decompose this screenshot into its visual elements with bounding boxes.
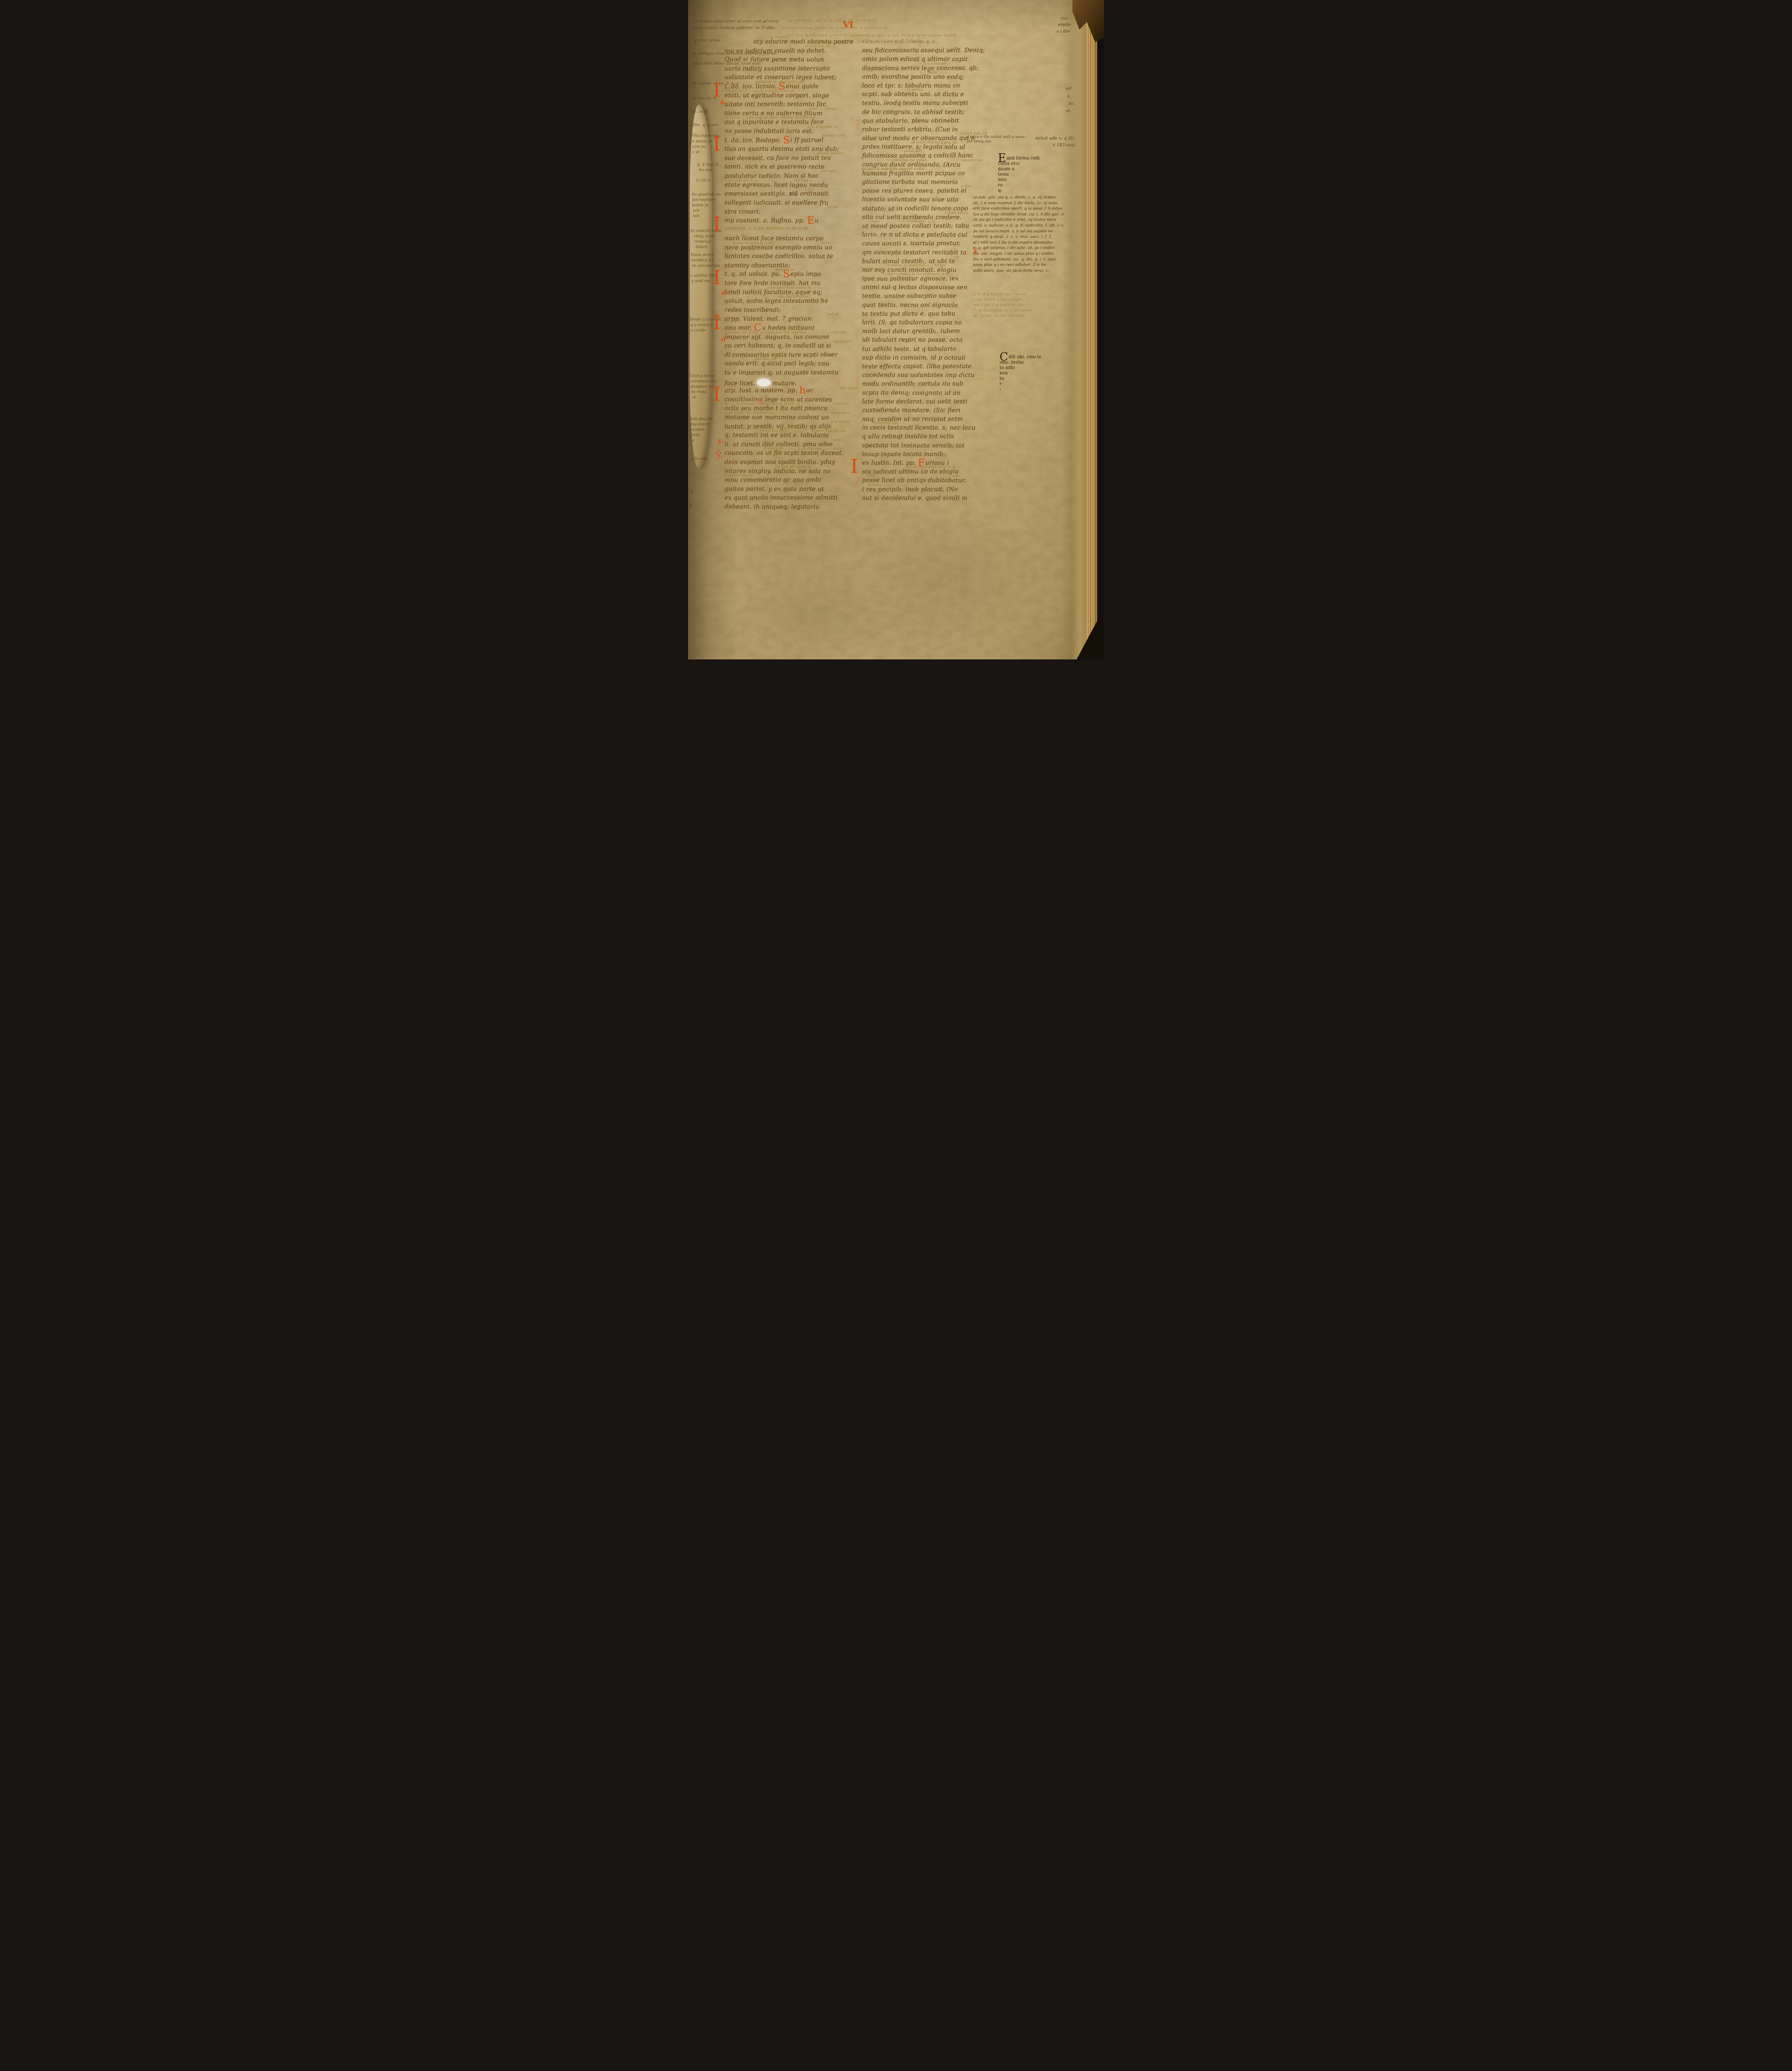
text-run: tui adhibi teste. ut q tabulario [862,345,956,352]
text-run: llis. uic. exiget. i sic uaius plus q i … [973,251,1053,256]
interlinear-gloss: t tiui. [805,188,815,191]
text-run: scpta ita deniq; cosignata ut an [862,389,961,396]
text-line: teste effectu capiat. (liba potestate [862,364,986,373]
text-line: It. q. ad uoluis. pu. Sepiu impadiuiolos… [725,271,854,280]
text-line: nere postremas exemplo omniu uotestes ex… [725,244,854,253]
interlinear-gloss: sub. hac faleulmer. [778,295,811,299]
margin-note-forma: Eand forma codicillox erciquam utestamto… [998,156,1040,193]
text-run: custodienda mandare. (Sic fieri [862,407,961,414]
text-line: siu iudicati ultimu co de elogiusic. qb;… [862,469,986,478]
text-run: ipse suu psiteatur agnosce. iex [862,275,959,282]
interlinear-gloss: p serie. sua sic auu [811,429,846,433]
margin-note-line: q a iestar li [691,323,713,328]
text-line: de bic congruis. ta abhisd testib; [862,109,986,118]
interlinear-gloss: s. i. ordinate. [924,62,948,65]
text-run: mutare. [770,380,797,386]
margin-note-line: Ceol p incup [690,374,715,379]
text-run: testiu. ieodq testiu manu subscpti [862,100,968,107]
text-line: mnu comemoratio qc qua ambicutricem iuta… [725,477,854,486]
text-run: uoluit. scdm leges intestamito he [725,298,828,305]
text-run: omib; exordine positis uno eodq; [862,73,964,80]
interlinear-gloss: s. t. sehns. f: — qui. b. e pas. t. s li… [725,89,794,93]
rubric-initial: I [850,459,858,474]
text-line: Quod si future pene metu uolun [725,57,854,66]
text-run: 7. si deuiceius. ta 7 alu posse [973,308,1031,313]
text-line: i rex pncipib; inob placuit. (Nofuriosis… [862,486,986,495]
interlinear-gloss: r qcde puray [945,211,968,215]
margin-note-line: uaro cistaru hedione auferret. de ff ulb… [694,26,775,31]
interlinear-gloss: qui iubes soc ff drt. u. q que ust. ii s… [725,331,807,335]
interlinear-gloss: s ui uictas [831,420,850,424]
text-line: loco et tpr. s; tabularu manu co [862,83,986,92]
interlinear-gloss: honul. s. [821,241,836,245]
text-run: spectata tot insinuata sensib; tot [862,442,965,449]
text-run: ac [806,387,813,394]
text-run: ex quot unciis insuccessione admitti [725,495,838,502]
text-line: etate egressus. licet iugou necduan. uet… [725,182,854,191]
text-run: insup inputo locata manib;. [862,451,947,458]
margin-note-line: m [692,395,696,400]
text-run: cillox erci [998,161,1019,166]
rubric-initial: I [713,136,720,152]
interlinear-gloss: possunt mo [961,159,982,162]
text-run: rii oia qz i codicillis n erut. vij test… [973,217,1056,222]
interlinear-gloss: d mutari n. se; [805,44,831,48]
text-run: pe tal locuco repit. s. ii ad oia supdoi… [973,229,1053,234]
text-line: causa uocati s. icartula pmetur. [862,241,986,250]
text-line: di comissarius eptis iure scpti obser [725,352,854,361]
text-line: aut si decidendui e. quod simili m [862,495,986,504]
text-run: sarij. s; suficiet. v. ii. q. 8. codicil… [973,223,1064,228]
text-line: silbz ut ty co st ff 7 Pauly; q. q... [862,39,986,48]
margin-note-line: e st [692,150,699,155]
margin-note-line: mto [998,177,1040,183]
margin-note-line: cillox erci [998,161,1040,167]
margin-note-line: pol nepture [692,198,715,203]
text-run: i ff patruel [790,137,824,143]
text-column-2: silbz ut ty co st ff 7 Pauly; q. q...seu… [862,39,986,504]
text-run: couocato. os ut fin scpti testm doceat. [725,450,843,457]
text-run: moib loci datur qrentib;. iubem [862,328,960,335]
text-run: larii. (S; qa tabulariorz copia no [862,319,962,326]
interlinear-gloss: testes ex ueics te q sto. [733,241,775,245]
margin-note-line: ha suu [699,168,712,173]
interlinear-gloss: ttiui. [809,107,818,111]
text-line: testiu. ieodq testiu manu subscpti [862,100,986,109]
text-line: larii. (S; qa tabulariorz copia no [862,320,986,329]
margin-note-line: q; [998,188,1040,193]
margin-note-line: ij. d legi. b. [697,162,720,167]
rubric-initial: h [799,384,806,396]
text-run: erit face codicillos oport; q ie ueiat 2… [973,206,1063,211]
text-line: uandu erit. q sicut psci legib; cauide i… [725,361,854,370]
interlinear-gloss: ul uiocare. [770,36,789,39]
text-run: no posse indubitati iuris est. [725,128,814,135]
interlinear-gloss: ide inpa. io. [756,357,776,361]
rubric-initial: I [713,315,720,331]
text-run: modu ordinantib; cartula ita sub [862,381,964,388]
margin-gloss-faint: s; h ut q tabularius ? puteti uiio testi… [973,292,1048,319]
text-line: cu ceri habeant; q, in codicill ut sileg… [725,343,854,352]
interlinear-gloss: s testib;. s. rogta fuit. s. i. testes [888,264,945,268]
text-line: uoluit. scdm leges intestamito hesub. ha… [725,298,854,307]
text-run: ss sub. qda. oia q. s. dixim. s. u. vij … [973,195,1055,200]
interlinear-gloss: du pol cto ueteunde possunt a etto. [862,167,925,171]
manuscript-page: VI ad pdcssta; qui p te ice q; lit. p se… [688,0,1087,659]
margin-note-line: stes. testiu [1000,360,1041,365]
header-gloss-line: ad pdcssta; qui p te ice q; lit. p se fa… [787,18,876,23]
interlinear-gloss: s i codicillos fac uoluit. [887,158,928,162]
interlinear-gloss: sed nug. s. [794,179,813,183]
text-run: s; h ut q tabularius ? putet [973,292,1026,297]
margin-note-line: to adhi [1000,365,1041,371]
faded-red-mark: I [855,119,860,131]
margin-note-line: restelud [695,239,711,244]
text-run: aut si decidendui e. quod simili m [862,495,968,502]
margin-note-line: e testm fa [692,139,712,144]
gloss-line: s; h ut q tabularius ? putet [973,292,1048,297]
text-run: site i aut 8 si iussisse. fac [973,303,1024,307]
gloss-line: i uiio testiu q hec congru [973,297,1048,302]
text-run: ta testiu put dictu e. qua tabu [862,311,955,317]
margin-note-line: q; mor. ul leu. [694,38,722,43]
text-line: sup dicto in comisim. id p octauii [862,355,986,364]
interlinear-gloss: seuoi [833,447,843,451]
text-line: late forme declarat. cui uelit testi [862,398,986,408]
text-run: quat testiu. necno oni signacla [862,302,958,309]
text-run: robur testanti arbitriu. (Cue in [862,126,958,133]
overwritten-word: siū [789,191,798,197]
interlinear-gloss: s ordinata. q. li. [908,220,936,224]
text-run: epiu impa [790,271,821,278]
text-line: tu e imparori q; ut auguste testamtu [725,370,854,379]
text-line: seu fidicomissariu assequi uelit. Deniq; [862,48,986,57]
interlinear-gloss: ne pmrd. t. q fre ticio. si patre uolent… [725,116,816,120]
margin-note-line: bot [693,214,700,219]
text-run: licentia uoluntate sua siue uita [862,196,959,203]
margin-note-small: q pdca e illa ualuit unlz q uouaabt tamq… [966,135,1025,144]
text-run: resteric q sleqt. 2. s. s. vius. uaci. l… [973,234,1051,239]
text-run: quam u [998,167,1014,171]
text-run: luntates coscbe codicillos. salua te [725,253,833,260]
text-run: omia palam edicat q ultimar capit [862,56,968,63]
text-run: q; testamti int ee uiri e. tabulario [725,432,829,439]
text-run: unus plus q i no ceci adhibet. 2 ic bn [973,263,1046,267]
text-run: sup dicto in comisim. id p octauii [862,354,966,361]
text-run: tu e imparori q; ut auguste testamtu [725,369,838,377]
margin-note-line: acronean un [691,379,715,384]
text-line: aty adscire modi obtentu postreul uiocar… [725,39,854,48]
text-run: e. q. qdi solpnia. l dic udic. ot. qz i … [973,246,1055,250]
text-run: redes inscribendi; [725,307,781,313]
margin-note-line: Sub qua for [690,417,713,422]
margin-note-line: t; cili u. [696,178,712,183]
interlinear-gloss: sat i ade [821,170,836,174]
margin-note-line: ben [1000,371,1041,376]
interlinear-gloss: i uiluut dict. [901,150,923,153]
text-line: Iarp. Iust. a nostem. pp. hac [725,388,854,397]
margin-note-line: cire no [692,145,706,150]
margin-note-line: q pdca e illa ualuit unlz q uoua [966,135,1025,140]
margin-note-line: y bi adb [691,456,707,461]
red-paraph-mark: ó [720,99,725,106]
interlinear-gloss: Ij union at. [764,447,783,451]
interlinear-gloss: ad retro ulteriq. q grq. ad [911,141,957,145]
rubric-initial: I [713,82,720,98]
text-line: scpti. sub obtentu uni. ut dictu ea. pst… [862,92,986,101]
text-run: lua q sic lege idestite dicat. cu. t. n … [973,212,1064,217]
text-line: humana fragilita morti pcipue codu pol c… [862,170,986,179]
interlinear-gloss: Unas. [827,107,838,111]
interlinear-gloss: q snot [827,205,838,209]
margin-note-line: abt tamq; los [966,140,1025,144]
text-line: cocedenda sua uoluntates imp dictu [862,372,986,381]
rubric-initial: E [807,215,814,226]
text-run: motione sue moramina codant uo [725,414,829,421]
rubric-initial: S [783,134,790,146]
text-line: spectata tot insinuata sensib; tot [862,442,986,451]
red-paraph-mark: ÿ. [718,438,723,444]
interlinear-gloss: dubicasd su. qr. a q illo igit [756,80,804,84]
text-run: u [815,217,819,224]
interlinear-gloss: s; qos [961,185,971,188]
text-line: ta testiu put dictu e. qua tabu [862,311,986,320]
text-line: moib loci datur qrentib;. iubem [862,328,986,338]
text-line: debeant. ih uniqueq; legatariu [725,504,854,513]
text-run: sit. 2 ii noia expmat 2 dic tacls. 2c. s… [973,201,1057,205]
text-run: r [1000,381,1002,386]
interlinear-gloss: riosu [865,474,874,478]
interlinear-gloss: q. de testa. hac psulcissima. [725,411,775,415]
text-run: causa uocati s. icartula pmetur. [862,240,961,247]
red-paraph-mark: ÿ [974,248,978,254]
text-line: omib; exordine positis uno eodq;s. i. pa… [862,74,986,83]
rubric-initial: I [713,216,720,232]
text-run: q; [998,188,1002,193]
text-run: uandu erit. q sicut psci legib; cau [725,360,829,367]
faded-red-mark: a [757,394,764,406]
text-run: q ullu relinqt insidiis tot oclis [862,433,954,440]
text-line: ÿ.couocato. os ut fin scpti testm doceat… [725,450,854,459]
interlinear-gloss: s ulteriq; ueteris [814,152,843,155]
interlinear-gloss: s dict reatestat lu uta ordingus. ut lex [884,273,951,276]
rubric-initial: I [713,387,720,402]
interlinear-gloss: ion bttiu Valui heauick. [770,286,811,290]
text-line: etati, ut egritudine corpori. singes. t.… [725,92,854,101]
interlinear-gloss: tualid [831,438,842,442]
text-run: di comissarius eptis iure scpti obser [725,352,838,359]
text-run: rostiensis. s; p eni dubitato ex eo q dp [725,226,808,231]
text-run: pa. furthi. ha bat necesse. [973,314,1025,318]
margin-note-line: tu [1000,376,1041,381]
text-line: scpta ita deniq; cosignata ut anssta scp… [862,390,986,399]
text-run: t. q. ad uoluis. pu. [725,271,783,278]
fore-edge-leaf-stack [1087,4,1098,652]
margin-note-line: r. [691,490,693,495]
margin-note-line: ere [693,208,700,213]
text-run: siu iudicati ultimu co de elogiu [862,468,959,475]
margin-note-line: costart [691,427,705,432]
text-run: llis n ceci adhibent. sic. q. dix. p. i.… [973,257,1055,262]
margin-note-line: y soid ma [691,279,710,284]
text-run: to adhi [1000,365,1015,370]
text-run: cocedenda sua uoluntates imp dictu [862,372,975,379]
text-run: gitatione turbata mai memoria [862,179,958,186]
photograph-background: VI ad pdcssta; qui p te ice q; lit. p se… [688,0,1104,659]
text-line: qm suscepta testatori recitabit ta [862,249,986,258]
text-line: idi tabulari repiri no posse. octa [862,337,986,346]
text-run: ru [998,183,1003,188]
margin-note-line: An quod ett an [691,192,721,197]
interlinear-gloss: sii q e hac psult. [760,429,789,433]
interlinear-gloss: i. pq. [951,255,960,259]
text-run: animi sui q lectas disposuisse sen [862,284,967,291]
interlinear-gloss: scd ad [827,313,839,316]
interlinear-gloss: furiosis; [868,483,882,487]
interlinear-gloss: sic. qb; ne e mille fui e. s. fu [906,466,956,469]
text-line: custodienda mandare. (Sic fieri [862,408,986,417]
text-line: licentia uoluntate sua siue uita [862,197,986,206]
interlinear-gloss: q xii. incesta. [798,447,822,451]
text-line: lario. re n ut dictu e patefacta cui [862,232,986,241]
text-line: in cecis testandi licentia. s; nec locus… [862,425,986,434]
text-line: Imp costant. a. Rufino. pp. Eu [725,217,854,227]
text-line: quat testiu. necno oni signacla [862,302,986,311]
text-run: q pdca e illa ualuit unlz q uoua [966,135,1025,139]
margin-note-line: tn resta [691,390,707,395]
text-run: uaria indicij suspitione interrupta [725,65,830,72]
text-line: animi sui q lectas disposuisse sen [862,285,986,294]
text-run: al i mltl loci 2 ita n oia supdci obseua… [973,240,1053,245]
interlinear-gloss: s. i. pacto [920,71,937,75]
text-line: It. da. ico. Rodopo. Si ff patruelpatrue… [725,137,854,146]
interlinear-gloss: a. psticu. [908,88,924,92]
text-run: potit stare. que. sic jaczi forte nexz. … [973,268,1051,273]
text-line: Iarpp. Valent. mal. 7 gracian.scd ad [725,316,854,325]
red-paraph-mark: ó [721,290,725,296]
text-run: aty adscire modi obtentu postre [754,39,853,46]
red-paraph-mark: ó [721,336,725,343]
text-run: emersisset uestigia. [725,191,789,197]
text-run: Quod si future pene metu uolun [725,56,824,63]
margin-note-line: a ccede [691,328,706,333]
text-line: face licet. mutare. [725,379,854,388]
margin-note-line: ui undas cuius erant uil reus erat qd da… [695,19,779,24]
text-line: luntates coscbe codicillos. salua te [725,253,854,263]
text-line: qua atabulario. plenu obtinebit [862,118,986,127]
margin-note-line: ma ccevit [691,422,710,427]
text-run: testa [998,172,1009,177]
margin-note-line: testm fa [692,203,708,208]
text-line: ipse suu psiteatur agnosce. iexs dict re… [862,276,986,285]
text-run: ben [1000,371,1008,376]
text-run: debeant. ih uniqueq; legatariu [725,503,819,510]
text-line: q ullu relinqt insidiis tot oclis [862,434,986,443]
margin-note-line: quam u [998,167,1040,172]
interlinear-gloss: s testandi uic. [874,422,898,425]
gloss-line: site i aut 8 si iussisse. fac [973,302,1048,308]
text-run: seu fidicomissariu assequi uelit. Deniq; [862,47,985,54]
interlinear-gloss: cutricem iutacic. [725,474,755,478]
text-line: uaria indicij suspitione interrupta [725,65,854,75]
text-run: mnu comemoratio qc qua ambi [725,477,821,483]
text-run: guitas pariat. y ex quta parte ut [725,485,824,492]
text-run: abt tamq; los [966,140,991,144]
margin-note-line: re. cuiff. [692,109,709,114]
text-run: in cecis testandi licentia. s; nec locu [862,425,976,432]
margin-note-line: debi [691,433,700,438]
text-line: stra conari.q snot [725,209,854,218]
interlinear-gloss: s. a. q segnus. io. [807,125,838,129]
text-run: and forma codi [1007,156,1040,161]
margin-note-line: testa [998,172,1040,177]
text-run: mp costant. a. Rufino. pp. [725,217,807,224]
text-run: stra conari. [725,208,761,215]
text-line: posse res plures coseq. patebit eis; qos [862,188,986,197]
page-content: VI ad pdcssta; qui p te ice q; lit. p se… [688,0,1087,659]
interlinear-gloss: patruet i uitt; [822,134,846,138]
text-run: ordinauit [798,191,829,197]
text-run: sue decessit. cu face no potuit tes [725,155,831,162]
text-run: tu [1000,376,1004,381]
text-line: emersisset uestigia. siū ordinauitt tiui… [725,191,854,200]
margin-note-line: bundicy ict [691,258,713,263]
text-run: stes. testiu [1000,360,1024,365]
text-run: scpti. sub obtentu uni. ut dictu e [862,91,964,98]
faded-red-mark: I [855,477,860,489]
text-line: guitas pariat. y ex quta parte ut [725,486,854,495]
text-line: modu ordinantib; cartula ita sub [862,381,986,390]
margin-note-line: ; [1000,387,1041,392]
margin-note-line: pondere po [691,384,713,389]
interlinear-gloss: solenuia [835,402,850,406]
interlinear-gloss: Ita; hes etto quib; ei [775,465,811,468]
text-run: qua atabulario. plenu obtinebit [862,118,959,124]
text-line: ut meod postea collati testib; tabus loc… [862,223,986,232]
text-run: cu ceri habeant; q, in codicill ut si [725,343,831,350]
margin-note-line: ru [998,183,1040,188]
margin-note-line: Eand forma codi [998,156,1040,161]
margin-note-codicilli: Cdill ubi. vmo testes. testiuto adhibent… [1000,355,1041,392]
gloss-line: pa. furthi. ha bat necesse. [973,313,1048,319]
text-run: de bic congruis. ta abhisd testib; [862,109,965,116]
text-column-1: aty adscire modi obtentu postreul uiocar… [725,39,854,513]
margin-note-line: choy. lepis [694,234,715,239]
margin-note-line: ff [689,504,692,509]
header-gloss-line: cel atiq p atessait a morth; acomody y a… [787,33,956,38]
text-line: mu ex iudicium couelli no debet.d mutari… [725,48,854,57]
text-run: arpp. Valent. mal. 7 gracian. [725,316,814,322]
rubric-initial: I [713,270,720,285]
interlinear-gloss: an. uett. ex. b. v. [728,179,757,182]
text-run: teste effectu capiat. (liba potestate [862,363,972,370]
text-run: ; [1000,387,1001,392]
page-right-edge [1061,0,1087,659]
interlinear-gloss: si ue testa [831,411,850,415]
text-run: i uiio testiu q hec congru [973,297,1023,302]
interlinear-gloss: sasc [952,475,960,478]
margin-note-line: Cdill ubi. vmo te [1000,355,1041,360]
margin-note-line: Nanu dorey [691,253,714,258]
margin-note-line: albo. q; q uisl. [691,123,720,128]
text-line: prdes instituere. s; legata solu ulad re… [862,144,986,153]
text-line: ex quot unciis insuccessione admitti [725,495,854,504]
margin-note-line: e [692,438,695,443]
text-run: dill ubi. vmo te [1009,355,1042,360]
text-run: t. da. ico. Rodopo. [725,137,783,144]
text-run: face licet. [725,380,757,386]
margin-note-line: r [1000,381,1041,387]
